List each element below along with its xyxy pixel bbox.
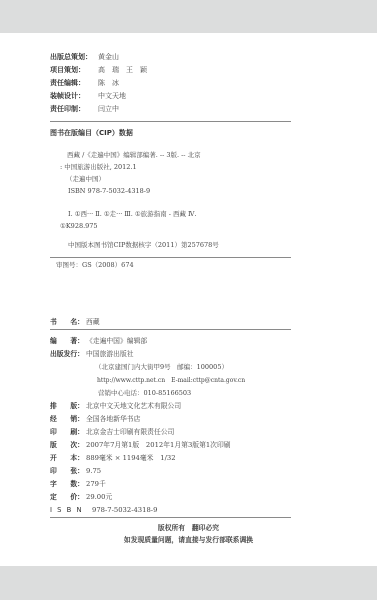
spec-label: 定 价： <box>50 493 86 502</box>
divider <box>50 517 291 518</box>
credit-label: 装帧设计： <box>50 92 98 101</box>
spec-row: 印 刷：北京金吉士印刷有限责任公司 <box>50 428 174 437</box>
publisher-label: 出版发行： <box>50 350 86 359</box>
spec-value: 889毫米 × 1194毫米 1/32 <box>86 454 176 462</box>
spec-label: 字 数： <box>50 480 86 489</box>
credit-value: 陈 冰 <box>98 79 119 87</box>
copyright-notice: 版权所有 翻印必究 <box>0 522 377 532</box>
credit-row: 责任编辑：陈 冰 <box>50 79 119 88</box>
credit-label: 出版总策划： <box>50 53 98 62</box>
top-gray-band <box>0 0 377 33</box>
publisher-phone: 营销中心电话：010-85166503 <box>98 389 191 398</box>
isbn-label: I S B N <box>50 506 86 515</box>
publisher-address: （北京建国门内大街甲9号 邮编：100005） <box>95 363 228 372</box>
spec-value: 全国各地新华书店 <box>86 415 140 423</box>
spec-label: 开 本： <box>50 454 86 463</box>
book-title-label: 书 名： <box>50 318 86 327</box>
cip-classification: Ⅰ. ①西··· Ⅱ. ①走··· Ⅲ. ①旅游指南 - 西藏 Ⅳ. <box>68 210 197 219</box>
book-title-row: 书 名：西藏 <box>50 318 100 327</box>
publisher-value: 中国旅游出版社 <box>86 350 134 358</box>
credit-label: 项目策划： <box>50 66 98 75</box>
cip-line: : 中国旅游出版社, 2012.1 <box>60 163 137 172</box>
cip-line: 西藏 /《走遍中国》编辑部编著. -- 3版. -- 北京 <box>67 151 201 160</box>
spec-label: 印 刷： <box>50 428 86 437</box>
quality-notice: 如发现质量问题，请直接与发行部联系调换 <box>0 534 377 544</box>
spec-label: 版 次： <box>50 441 86 450</box>
spec-row: 排 版：北京中文天地文化艺术有限公司 <box>50 402 181 411</box>
spec-value: 29.00元 <box>86 493 112 501</box>
credit-value: 黄金山 <box>98 53 119 61</box>
credit-label: 责任编辑： <box>50 79 98 88</box>
credit-row: 出版总策划：黄金山 <box>50 53 119 62</box>
credit-row: 责任印制：闫立中 <box>50 105 119 114</box>
isbn-row: I S B N978-7-5032-4318-9 <box>50 506 157 515</box>
isbn-value: 978-7-5032-4318-9 <box>92 506 157 514</box>
spec-value: 9.75 <box>86 467 101 475</box>
publisher-web: http://www.cttp.net.cn E-mail:cttp@cnta.… <box>97 376 245 385</box>
spec-value: 北京中文天地文化艺术有限公司 <box>86 402 181 410</box>
spec-value: 279千 <box>86 480 106 488</box>
spec-label: 排 版： <box>50 402 86 411</box>
spec-row: 版 次：2007年7月第1版 2012年1月第3版第1次印刷 <box>50 441 231 450</box>
author-value: 《走遍中国》编辑部 <box>86 337 147 345</box>
cip-verification: 中国版本图书馆CIP数据核字（2011）第257678号 <box>68 241 219 250</box>
credit-value: 中文天地 <box>98 92 126 100</box>
spec-value: 北京金吉士印刷有限责任公司 <box>86 428 174 436</box>
author-label: 编 著： <box>50 337 86 346</box>
credit-value: 高 瑞 王 颖 <box>98 66 147 74</box>
map-approval: 审图号：GS（2008）674 <box>56 261 134 270</box>
spec-label: 经 销： <box>50 415 86 424</box>
spec-row: 经 销：全国各地新华书店 <box>50 415 140 424</box>
divider <box>50 121 291 122</box>
cip-line: ISBN 978-7-5032-4318-9 <box>68 187 150 196</box>
spec-row: 定 价：29.00元 <box>50 493 112 502</box>
spec-row: 字 数：279千 <box>50 480 106 489</box>
cip-classification: ①K928.975 <box>60 222 98 231</box>
credit-row: 装帧设计：中文天地 <box>50 92 126 101</box>
credit-label: 责任印制： <box>50 105 98 114</box>
publisher-row: 出版发行：中国旅游出版社 <box>50 350 134 359</box>
credit-value: 闫立中 <box>98 105 119 113</box>
bottom-gray-band <box>0 566 377 600</box>
author-row: 编 著：《走遍中国》编辑部 <box>50 337 147 346</box>
credit-row: 项目策划：高 瑞 王 颖 <box>50 66 147 75</box>
spec-row: 印 张：9.75 <box>50 467 101 476</box>
divider <box>50 329 291 330</box>
spec-row: 开 本：889毫米 × 1194毫米 1/32 <box>50 454 176 463</box>
cip-line: （走遍中国） <box>66 175 105 184</box>
divider <box>50 257 291 258</box>
spec-value: 2007年7月第1版 2012年1月第3版第1次印刷 <box>86 441 231 449</box>
spec-label: 印 张： <box>50 467 86 476</box>
book-title-value: 西藏 <box>86 318 100 326</box>
cip-heading: 图书在版编目（CIP）数据 <box>50 129 133 138</box>
